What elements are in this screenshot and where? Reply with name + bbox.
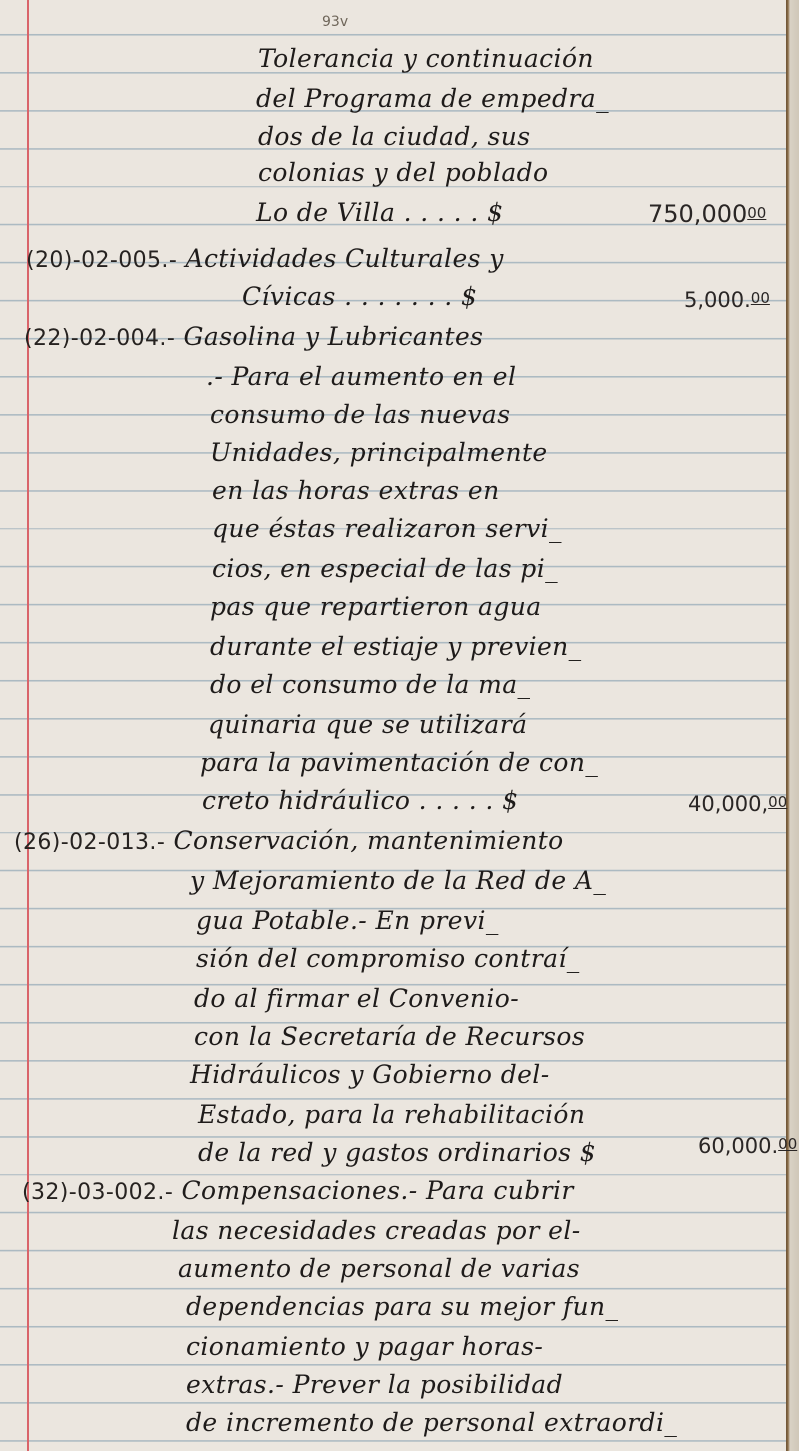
- entry-line: quinaria que se utilizará: [208, 710, 527, 739]
- ledger-page: 93v Tolerancia y continuación del Progra…: [0, 0, 786, 1451]
- account-code: (26)-02-013.-: [14, 830, 165, 855]
- entry-line: gua Potable.- En previ_: [196, 906, 499, 935]
- red-margin-line: [27, 0, 29, 1451]
- entry-line: Lo de Villa . . . . . $: [256, 198, 503, 227]
- entry-line: Unidades, principalmente: [210, 438, 548, 467]
- entry-line: sión del compromiso contraí_: [196, 944, 580, 973]
- entry-line: dependencias para su mejor fun_: [186, 1292, 618, 1321]
- account-code: (22)-02-004.-: [24, 326, 175, 351]
- account-code: (32)-03-002.-: [22, 1180, 173, 1205]
- entry-line: pas que repartieron agua: [210, 592, 542, 621]
- entry-line: do al firmar el Convenio-: [194, 984, 519, 1013]
- entry-header: (26)-02-013.- Conservación, mantenimient…: [14, 826, 564, 855]
- entry-line: cios, en especial de las pi_: [212, 554, 558, 583]
- entry-line: para la pavimentación de con_: [200, 748, 598, 777]
- entry-line: durante el estiaje y previen_: [210, 632, 582, 661]
- entry-line: en las horas extras en: [212, 476, 500, 505]
- account-code: (20)-02-005.-: [26, 248, 177, 273]
- entry-line: .- Para el aumento en el: [206, 362, 516, 391]
- entry-amount: 750,00000: [648, 200, 766, 228]
- entry-header: (32)-03-002.- Compensaciones.- Para cubr…: [22, 1176, 574, 1205]
- entry-line: cionamiento y pagar horas-: [186, 1332, 543, 1361]
- entry-amount: 5,000.00: [684, 288, 770, 312]
- entry-line: y Mejoramiento de la Red de A_: [190, 866, 606, 895]
- entry-line: dos de la ciudad, sus: [258, 122, 531, 151]
- entry-line: Estado, para la rehabilitación: [198, 1100, 585, 1129]
- entry-line: las necesidades creadas por el-: [172, 1216, 581, 1245]
- entry-line: Hidráulicos y Gobierno del-: [190, 1060, 550, 1089]
- entry-line: de la red y gastos ordinarios $: [198, 1138, 596, 1167]
- entry-line: del Programa de empedra_: [256, 84, 609, 113]
- entry-line: consumo de las nuevas: [210, 400, 510, 429]
- entry-line: de incremento de personal extraordi_: [186, 1408, 677, 1437]
- entry-line: que éstas realizaron servi_: [212, 514, 562, 543]
- entry-line: Cívicas . . . . . . . $: [242, 282, 477, 311]
- entry-line: extras.- Prever la posibilidad: [186, 1370, 563, 1399]
- entry-amount: 40,000,00: [688, 792, 787, 816]
- entry-line: con la Secretaría de Recursos: [194, 1022, 585, 1051]
- entry-header: (22)-02-004.- Gasolina y Lubricantes: [24, 322, 483, 351]
- entry-amount: 60,000.00: [698, 1134, 797, 1158]
- entry-line: creto hidráulico . . . . . $: [202, 786, 518, 815]
- entry-header: (20)-02-005.- Actividades Culturales y: [26, 244, 504, 273]
- folio-number: 93v: [322, 14, 348, 30]
- entry-line: Tolerancia y continuación: [258, 44, 594, 73]
- binding-edge: [786, 0, 799, 1451]
- entry-line: aumento de personal de varias: [178, 1254, 580, 1283]
- entry-line: colonias y del poblado: [258, 158, 549, 187]
- entry-line: do el consumo de la ma_: [210, 670, 530, 699]
